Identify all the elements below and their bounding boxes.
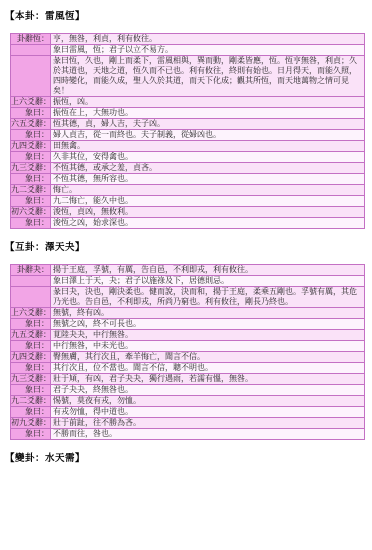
- table-row: 卦辭夬：揚于王庭，孚號，有厲，告自邑，不利即戎，利有攸往。: [11, 265, 365, 276]
- row-label: 初六爻辭：: [11, 207, 51, 218]
- row-label: 卦辭夬：: [11, 265, 51, 276]
- row-label: 象曰：: [11, 429, 51, 440]
- row-label: 象曰：: [11, 407, 51, 418]
- table-row: 六五爻辭：恆其德，貞，婦人吉，夫子凶。: [11, 119, 365, 130]
- row-text: 九二悔亡，能久中也。: [51, 196, 365, 207]
- table-row: 象曰：浚恆之凶，始求深也。: [11, 218, 365, 229]
- table-row: 象曰：九二悔亡，能久中也。: [11, 196, 365, 207]
- row-label: 象曰：: [11, 363, 51, 374]
- row-label: 九三爻辭：: [11, 163, 51, 174]
- table-row: 象曰：振恆在上，大無功也。: [11, 108, 365, 119]
- section-title: 【互卦：澤天夬】: [5, 243, 372, 253]
- row-label: 象曰：: [11, 319, 51, 330]
- table-row: 九四爻辭：田無禽。: [11, 141, 365, 152]
- table-row: 九五爻辭：莧陸夬夬，中行無咎。: [11, 330, 365, 341]
- row-label: 象曰：: [11, 152, 51, 163]
- row-text: 亨，無咎，利貞，利有攸往。: [51, 34, 365, 45]
- table-row: 上六爻辭：無號，終有凶。: [11, 308, 365, 319]
- row-text: 不恆其德，或承之羞，貞吝。: [51, 163, 365, 174]
- table-row: 彖曰恆，久也，剛上而柔下，雷風相與，巽而動，剛柔皆應，恆。恆亨無咎，利貞；久於其…: [11, 56, 365, 97]
- row-text: 不勝而往，咎也。: [51, 429, 365, 440]
- row-text: 婦人貞吉，從一而終也。夫子制義，從婦凶也。: [51, 130, 365, 141]
- row-label: 上六爻辭：: [11, 308, 51, 319]
- row-text: 其行次且，位不當也。聞言不信，聰不明也。: [51, 363, 365, 374]
- row-text: 象曰澤上于天，夬；君子以施祿及下，居德則忌。: [51, 276, 365, 287]
- row-text: 無號，終有凶。: [51, 308, 365, 319]
- row-label: 卦辭恆：: [11, 34, 51, 45]
- row-text: 浚恆之凶，始求深也。: [51, 218, 365, 229]
- row-label: 象曰：: [11, 108, 51, 119]
- table-row: 象曰：無號之凶，終不可長也。: [11, 319, 365, 330]
- row-label: [11, 56, 51, 97]
- table-row: 九三爻辭：壯于頄，有凶，君子夬夬，獨行遇雨，若濡有慍，無咎。: [11, 374, 365, 385]
- table-row: 卦辭恆：亨，無咎，利貞，利有攸往。: [11, 34, 365, 45]
- row-label: [11, 45, 51, 56]
- section-title: 【變卦：水天需】: [5, 454, 372, 464]
- table-row: 初九爻辭：壯于前趾，往不勝為吝。: [11, 418, 365, 429]
- row-label: 九二爻辭：: [11, 396, 51, 407]
- row-label: [11, 287, 51, 308]
- row-text: 久非其位，安得禽也。: [51, 152, 365, 163]
- row-text: 無號之凶，終不可長也。: [51, 319, 365, 330]
- row-label: 六五爻辭：: [11, 119, 51, 130]
- table-row: 九四爻辭：臀無膚，其行次且，牽羊悔亡，聞言不信。: [11, 352, 365, 363]
- hexagram-table: 卦辭恆：亨，無咎，利貞，利有攸往。象曰雷風，恆；君子以立不易方。彖曰恆，久也，剛…: [10, 33, 365, 229]
- row-label: 九四爻辭：: [11, 352, 51, 363]
- table-row: 象曰：婦人貞吉，從一而終也。夫子制義，從婦凶也。: [11, 130, 365, 141]
- row-label: 九四爻辭：: [11, 141, 51, 152]
- row-label: 初九爻辭：: [11, 418, 51, 429]
- row-text: 君子夬夬，終無咎也。: [51, 385, 365, 396]
- row-text: 莧陸夬夬，中行無咎。: [51, 330, 365, 341]
- table-row: 九三爻辭：不恆其德，或承之羞，貞吝。: [11, 163, 365, 174]
- row-label: [11, 276, 51, 287]
- row-text: 悔亡。: [51, 185, 365, 196]
- row-text: 彖曰恆，久也，剛上而柔下，雷風相與，巽而動，剛柔皆應，恆。恆亨無咎，利貞；久於其…: [51, 56, 365, 97]
- row-text: 中行無咎，中未光也。: [51, 341, 365, 352]
- section-title: 【本卦：雷風恆】: [5, 12, 372, 22]
- row-text: 不恆其德，無所容也。: [51, 174, 365, 185]
- row-text: 彖曰夬，決也，剛決柔也。健而說，決而和，揚于王庭，柔乘五剛也。孚號有厲，其危乃光…: [51, 287, 365, 308]
- table-row: 象曰：不恆其德，無所容也。: [11, 174, 365, 185]
- row-label: 象曰：: [11, 130, 51, 141]
- row-label: 九五爻辭：: [11, 330, 51, 341]
- row-label: 象曰：: [11, 196, 51, 207]
- table-row: 九二爻辭：惕號，莫夜有戎，勿恤。: [11, 396, 365, 407]
- table-row: 象曰：君子夬夬，終無咎也。: [11, 385, 365, 396]
- row-label: 象曰：: [11, 174, 51, 185]
- table-row: 象曰：不勝而往，咎也。: [11, 429, 365, 440]
- page: 【本卦：雷風恆】卦辭恆：亨，無咎，利貞，利有攸往。象曰雷風，恆；君子以立不易方。…: [0, 0, 372, 550]
- row-text: 惕號，莫夜有戎，勿恤。: [51, 396, 365, 407]
- table-row: 象曰：有戎勿恤，得中道也。: [11, 407, 365, 418]
- table-row: 上六爻辭：振恆，凶。: [11, 97, 365, 108]
- table-row: 象曰雷風，恆；君子以立不易方。: [11, 45, 365, 56]
- row-label: 象曰：: [11, 385, 51, 396]
- row-label: 象曰：: [11, 218, 51, 229]
- row-text: 振恆，凶。: [51, 97, 365, 108]
- row-text: 浚恆，貞凶，無攸利。: [51, 207, 365, 218]
- row-text: 田無禽。: [51, 141, 365, 152]
- row-label: 象曰：: [11, 341, 51, 352]
- table-row: 象曰澤上于天，夬；君子以施祿及下，居德則忌。: [11, 276, 365, 287]
- hexagram-table: 卦辭夬：揚于王庭，孚號，有厲，告自邑，不利即戎，利有攸往。象曰澤上于天，夬；君子…: [10, 264, 365, 440]
- sections: 【本卦：雷風恆】卦辭恆：亨，無咎，利貞，利有攸往。象曰雷風，恆；君子以立不易方。…: [0, 12, 372, 464]
- row-text: 壯于前趾，往不勝為吝。: [51, 418, 365, 429]
- row-label: 上六爻辭：: [11, 97, 51, 108]
- table-row: 彖曰夬，決也，剛決柔也。健而說，決而和，揚于王庭，柔乘五剛也。孚號有厲，其危乃光…: [11, 287, 365, 308]
- row-text: 臀無膚，其行次且，牽羊悔亡，聞言不信。: [51, 352, 365, 363]
- row-text: 象曰雷風，恆；君子以立不易方。: [51, 45, 365, 56]
- row-label: 九三爻辭：: [11, 374, 51, 385]
- table-row: 九二爻辭：悔亡。: [11, 185, 365, 196]
- row-text: 有戎勿恤，得中道也。: [51, 407, 365, 418]
- row-text: 恆其德，貞，婦人吉，夫子凶。: [51, 119, 365, 130]
- row-text: 振恆在上，大無功也。: [51, 108, 365, 119]
- table-row: 象曰：久非其位，安得禽也。: [11, 152, 365, 163]
- row-label: 九二爻辭：: [11, 185, 51, 196]
- table-row: 象曰：其行次且，位不當也。聞言不信，聰不明也。: [11, 363, 365, 374]
- row-text: 壯于頄，有凶，君子夬夬，獨行遇雨，若濡有慍，無咎。: [51, 374, 365, 385]
- row-text: 揚于王庭，孚號，有厲，告自邑，不利即戎，利有攸往。: [51, 265, 365, 276]
- table-row: 初六爻辭：浚恆，貞凶，無攸利。: [11, 207, 365, 218]
- table-row: 象曰：中行無咎，中未光也。: [11, 341, 365, 352]
